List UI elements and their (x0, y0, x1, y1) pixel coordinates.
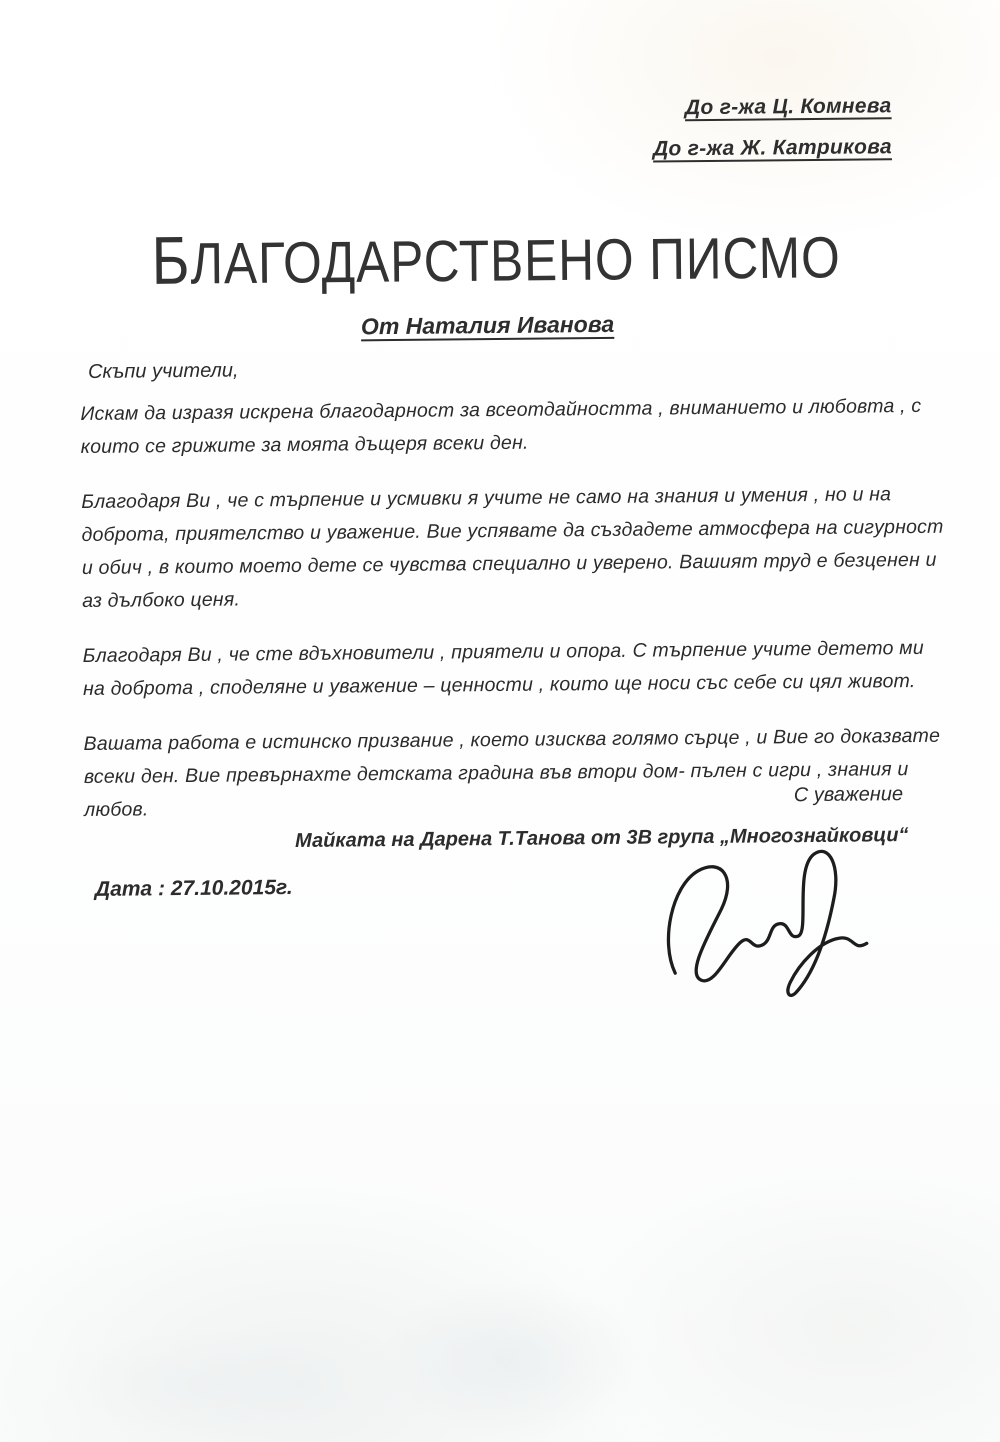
paragraph-1: Искам да изразя искрена благодарност за … (80, 390, 943, 464)
letter-body: Искам да изразя искрена благодарност за … (80, 390, 946, 849)
paragraph-3: Благодаря Ви , че сте вдъхновители , при… (83, 632, 946, 706)
addressee-line-2: До г-жа Ж. Катрикова (653, 135, 892, 161)
addressee-line-1: До г-жа Ц. Комнева (653, 94, 892, 120)
addressee-block: До г-жа Ц. Комнева До г-жа Ж. Катрикова (653, 94, 893, 178)
letter-title: БЛАГОДАРСТВЕНО ПИСМО (36, 215, 957, 302)
handwritten-signature (646, 837, 888, 1010)
from-line: От Наталия Иванова (0, 307, 978, 343)
greeting-line: Скъпи учители, (88, 360, 239, 384)
closing-respect: С уважение (794, 783, 903, 807)
scanned-letter-page: До г-жа Ц. Комнева До г-жа Ж. Катрикова … (0, 0, 1000, 1442)
signature-strokes (646, 837, 888, 1010)
paragraph-2: Благодаря Ви , че с търпение и усмивки я… (81, 478, 944, 618)
letter-content: До г-жа Ц. Комнева До г-жа Ж. Катрикова … (0, 0, 1000, 1442)
paragraph-4: Вашата работа е истинско призвание , кое… (83, 720, 946, 827)
date-line: Дата : 27.10.2015г. (95, 876, 293, 902)
